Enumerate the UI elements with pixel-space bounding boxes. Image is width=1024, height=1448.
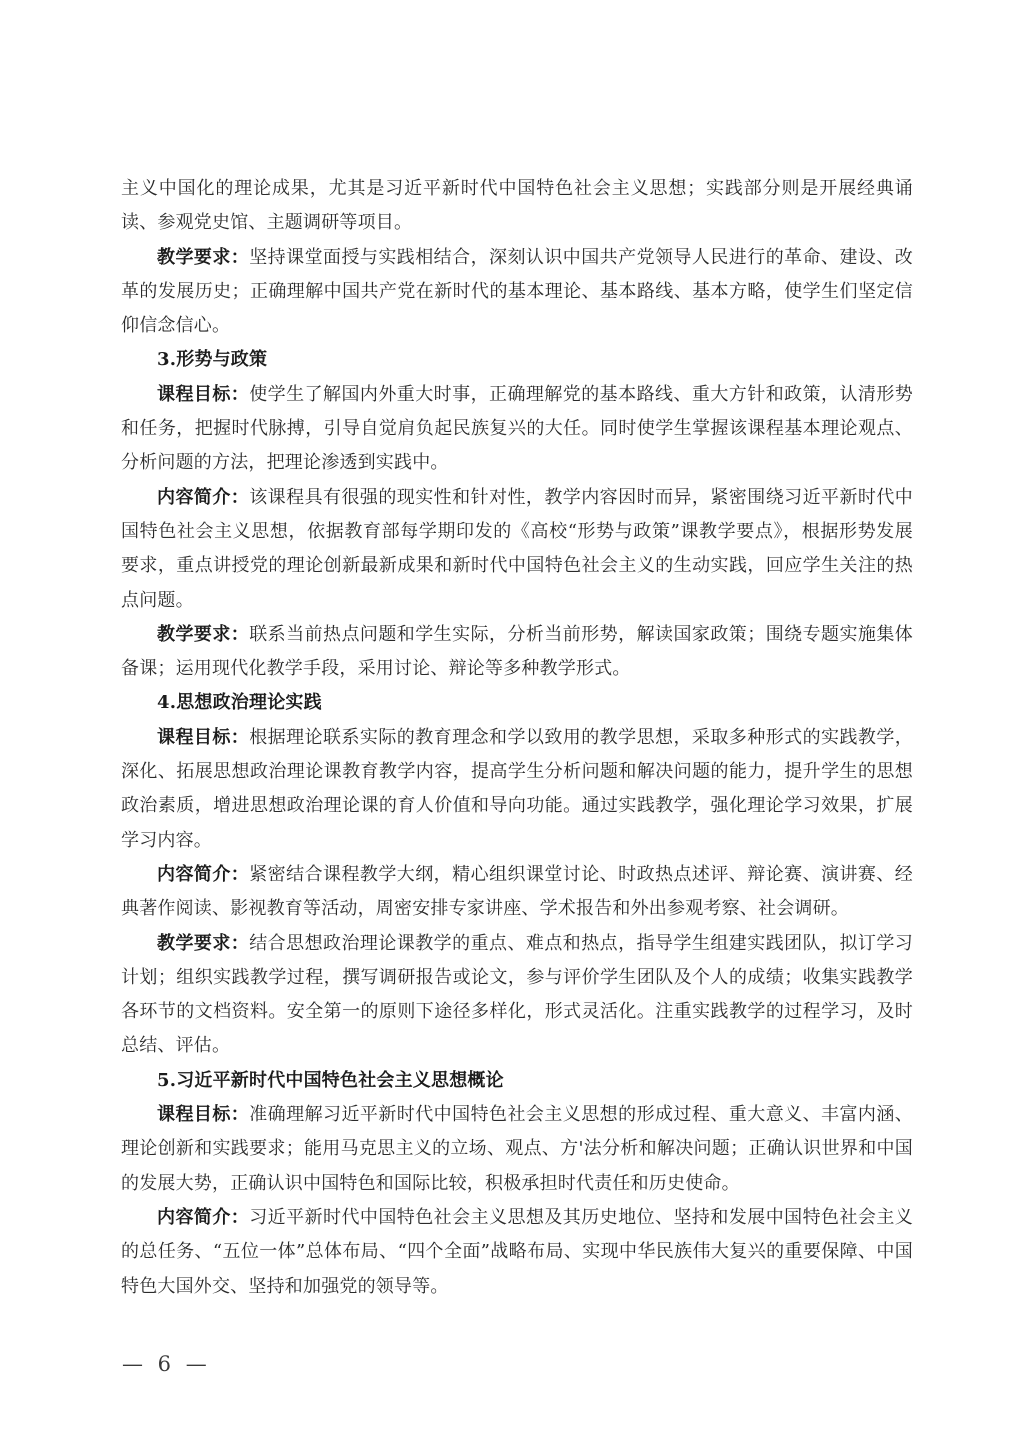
document-page: 主义中国化的理论成果，尤其是习近平新时代中国特色社会主义思想；实践部分则是开展经…: [0, 0, 1024, 1448]
paragraph-label: 内容简介：: [157, 1207, 249, 1228]
paragraph-label: 内容简介：: [157, 487, 249, 508]
section-5-heading: 5.习近平新时代中国特色社会主义思想概论: [121, 1064, 913, 1098]
paragraph-label: 内容简介：: [157, 864, 249, 885]
section-3-heading: 3.形势与政策: [121, 343, 913, 377]
paragraph-label: 课程目标：: [157, 384, 249, 405]
section-3-course-goal-paragraph: 课程目标：使学生了解国内外重大时事，正确理解党的基本路线、重大方针和政策，认清形…: [121, 378, 913, 481]
section-5-course-goal-paragraph: 课程目标：准确理解习近平新时代中国特色社会主义思想的形成过程、重大意义、丰富内涵…: [121, 1098, 913, 1201]
section-4-teaching-requirements-paragraph: 教学要求：结合思想政治理论课教学的重点、难点和热点，指导学生组建实践团队，拟订学…: [121, 927, 913, 1064]
paragraph-label: 课程目标：: [157, 727, 249, 748]
document-body: 主义中国化的理论成果，尤其是习近平新时代中国特色社会主义思想；实践部分则是开展经…: [121, 172, 913, 1304]
page-number: — 6 —: [122, 1352, 211, 1376]
section-4-course-goal-paragraph: 课程目标：根据理论联系实际的教育理念和学以致用的教学思想，采取多种形式的实践教学…: [121, 721, 913, 858]
paragraph-label: 课程目标：: [157, 1104, 249, 1125]
paragraph-label: 教学要求：: [157, 624, 249, 645]
section-5-content-intro-paragraph: 内容简介：习近平新时代中国特色社会主义思想及其历史地位、坚持和发展中国特色社会主…: [121, 1201, 913, 1304]
lead-teaching-requirements-paragraph: 教学要求：坚持课堂面授与实践相结合，深刻认识中国共产党领导人民进行的革命、建设、…: [121, 241, 913, 344]
paragraph-label: 教学要求：: [157, 933, 249, 954]
section-4-heading: 4.思想政治理论实践: [121, 686, 913, 720]
paragraph-label: 教学要求：: [157, 247, 249, 268]
section-3-teaching-requirements-paragraph: 教学要求：联系当前热点问题和学生实际，分析当前形势，解读国家政策；围绕专题实施集…: [121, 618, 913, 687]
continuation-paragraph: 主义中国化的理论成果，尤其是习近平新时代中国特色社会主义思想；实践部分则是开展经…: [121, 172, 913, 241]
section-4-content-intro-paragraph: 内容简介：紧密结合课程教学大纲，精心组织课堂讨论、时政热点述评、辩论赛、演讲赛、…: [121, 858, 913, 927]
section-3-content-intro-paragraph: 内容简介：该课程具有很强的现实性和针对性，教学内容因时而异，紧密围绕习近平新时代…: [121, 481, 913, 618]
